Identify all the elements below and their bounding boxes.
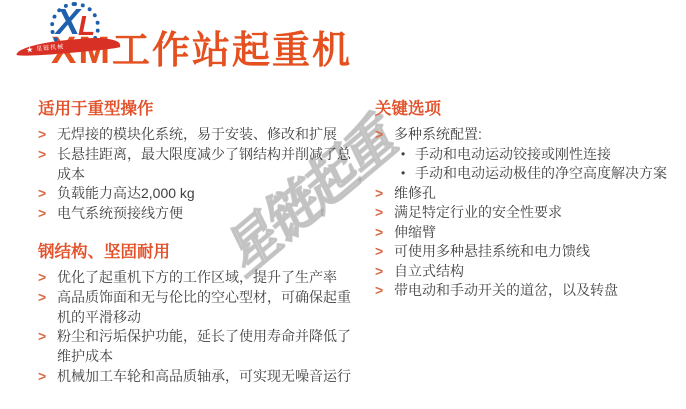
bullet-text: 维修孔 — [394, 185, 436, 201]
bullet-item: > 负载能力高达2,000 kg — [38, 184, 364, 204]
bullet-item: > 电气系统预接线方便 — [38, 204, 364, 224]
logo-letter-l: L — [78, 12, 95, 40]
bullet-text: 机械加工车轮和高品质轴承，可实现无噪音运行 — [57, 368, 351, 384]
left-column: 适用于重型操作 > 无焊接的模块化系统，易于安装、修改和扩展 > 长悬挂距离，最… — [38, 100, 364, 387]
bullet-item: > 长悬挂距离，最大限度减少了钢结构并削减了总成本 — [38, 145, 364, 185]
sub-bullet-item: • 手动和电动运动极佳的净空高度解决方案 — [375, 164, 680, 184]
arrow-bullet-icon: > — [375, 262, 383, 282]
bullet-text: 电气系统预接线方便 — [57, 205, 183, 221]
bullet-text: 高品质饰面和无与伦比的空心型材，可确保起重机的平滑移动 — [57, 289, 351, 325]
arrow-bullet-icon: > — [38, 184, 46, 204]
arrow-bullet-icon: > — [38, 204, 46, 224]
bullet-item: > 无焊接的模块化系统，易于安装、修改和扩展 — [38, 125, 364, 145]
bullet-item: > 带电动和手动开关的道岔，以及转盘 — [375, 281, 680, 301]
arrow-bullet-icon: > — [375, 242, 383, 262]
logo-banner-text: 星链机械 — [36, 44, 64, 52]
bullet-item: > 优化了起重机下方的工作区域，提升了生产率 — [38, 268, 364, 288]
arrow-bullet-icon: > — [375, 125, 383, 145]
bullet-text: 负载能力高达2,000 kg — [57, 185, 195, 201]
bullet-text: 伸缩臂 — [394, 224, 436, 240]
brochure-page: X L ★ 星链机械 XM工作站起重机 星链起重 适用于重型操作 > 无焊接的模… — [0, 0, 686, 409]
arrow-bullet-icon: > — [375, 281, 383, 301]
arrow-bullet-icon: > — [38, 327, 46, 347]
section-heading: 关键选项 — [375, 100, 680, 118]
arrow-bullet-icon: > — [375, 203, 383, 223]
dot-bullet-icon: • — [401, 145, 405, 165]
arrow-bullet-icon: > — [38, 125, 46, 145]
arrow-bullet-icon: > — [38, 268, 46, 288]
arrow-bullet-icon: > — [38, 367, 46, 387]
section-heavy-duty: 适用于重型操作 > 无焊接的模块化系统，易于安装、修改和扩展 > 长悬挂距离，最… — [38, 100, 364, 224]
bullet-text: 无焊接的模块化系统，易于安装、修改和扩展 — [57, 126, 337, 142]
bullet-text: 优化了起重机下方的工作区域，提升了生产率 — [57, 269, 337, 285]
bullet-item: > 自立式结构 — [375, 262, 680, 282]
bullet-text: 满足特定行业的安全性要求 — [394, 204, 562, 220]
bullet-item: > 可使用多种悬挂系统和电力馈线 — [375, 242, 680, 262]
bullet-item: > 伸缩臂 — [375, 223, 680, 243]
bullet-text: 手动和电动运动极佳的净空高度解决方案 — [415, 165, 667, 181]
bullet-text: 手动和电动运动铰接或刚性连接 — [415, 146, 611, 162]
bullet-item: > 多种系统配置: — [375, 125, 680, 145]
bullet-item: > 满足特定行业的安全性要求 — [375, 203, 680, 223]
arrow-bullet-icon: > — [375, 184, 383, 204]
arrow-bullet-icon: > — [38, 145, 46, 165]
star-icon: ★ — [26, 46, 34, 55]
bullet-text: 可使用多种悬挂系统和电力馈线 — [394, 243, 590, 259]
sub-bullet-item: • 手动和电动运动铰接或刚性连接 — [375, 145, 680, 165]
bullet-text: 多种系统配置: — [394, 126, 482, 142]
dot-bullet-icon: • — [401, 164, 405, 184]
section-heading: 适用于重型操作 — [38, 100, 364, 118]
bullet-text: 粉尘和污垢保护功能，延长了使用寿命并降低了维护成本 — [57, 328, 351, 364]
bullet-text: 自立式结构 — [394, 263, 464, 279]
bullet-item: > 维修孔 — [375, 184, 680, 204]
company-logo: X L ★ 星链机械 — [16, 2, 120, 60]
bullet-text: 带电动和手动开关的道岔，以及转盘 — [394, 282, 618, 298]
arrow-bullet-icon: > — [375, 223, 383, 243]
bullet-item: > 机械加工车轮和高品质轴承，可实现无噪音运行 — [38, 367, 364, 387]
bullet-item: > 高品质饰面和无与伦比的空心型材，可确保起重机的平滑移动 — [38, 288, 364, 328]
logo-letter-x: X — [56, 4, 80, 40]
section-key-options: 关键选项 > 多种系统配置: • 手动和电动运动铰接或刚性连接 • 手动和电动运… — [375, 100, 680, 301]
right-column: 关键选项 > 多种系统配置: • 手动和电动运动铰接或刚性连接 • 手动和电动运… — [375, 100, 680, 301]
bullet-item: > 粉尘和污垢保护功能，延长了使用寿命并降低了维护成本 — [38, 327, 364, 367]
arrow-bullet-icon: > — [38, 288, 46, 308]
section-heading: 钢结构、坚固耐用 — [38, 243, 364, 261]
section-steel-structure: 钢结构、坚固耐用 > 优化了起重机下方的工作区域，提升了生产率 > 高品质饰面和… — [38, 243, 364, 387]
bullet-text: 长悬挂距离，最大限度减少了钢结构并削减了总成本 — [57, 146, 351, 182]
